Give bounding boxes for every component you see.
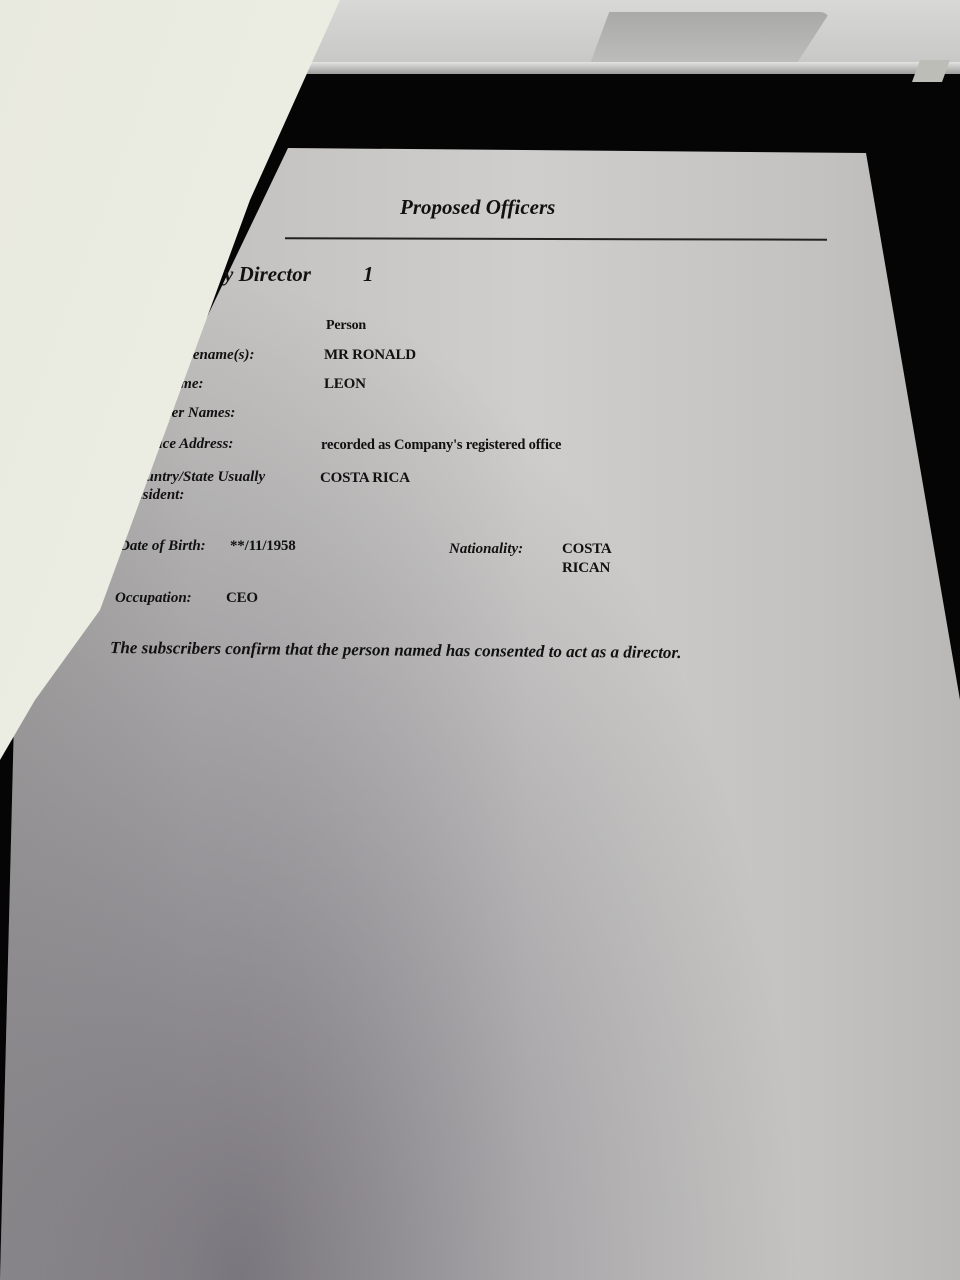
consent-statement: The subscribers confirm that the person … — [110, 638, 682, 663]
nationality-value-line1: COSTA — [562, 541, 612, 558]
nationality-label: Nationality: — [449, 541, 523, 558]
nationality-value-line2: RICAN — [562, 560, 610, 577]
service-address-value: recorded as Company's registered office — [321, 437, 561, 454]
forenames-label: rename(s): — [187, 347, 255, 364]
dob-value: **/11/1958 — [230, 538, 296, 555]
residence-value: COSTA RICA — [320, 470, 410, 487]
forenames-value: MR RONALD — [324, 347, 416, 364]
dob-label: Date of Birth: — [119, 538, 206, 555]
section-heading: y Director — [224, 262, 311, 287]
section-number: 1 — [363, 262, 374, 287]
title-divider — [285, 237, 827, 240]
occupation-value: CEO — [226, 590, 258, 607]
surname-value: LEON — [324, 376, 366, 393]
document-title: Proposed Officers — [400, 195, 555, 220]
officer-type: Person — [326, 318, 366, 334]
occupation-label: Occupation: — [115, 590, 192, 607]
